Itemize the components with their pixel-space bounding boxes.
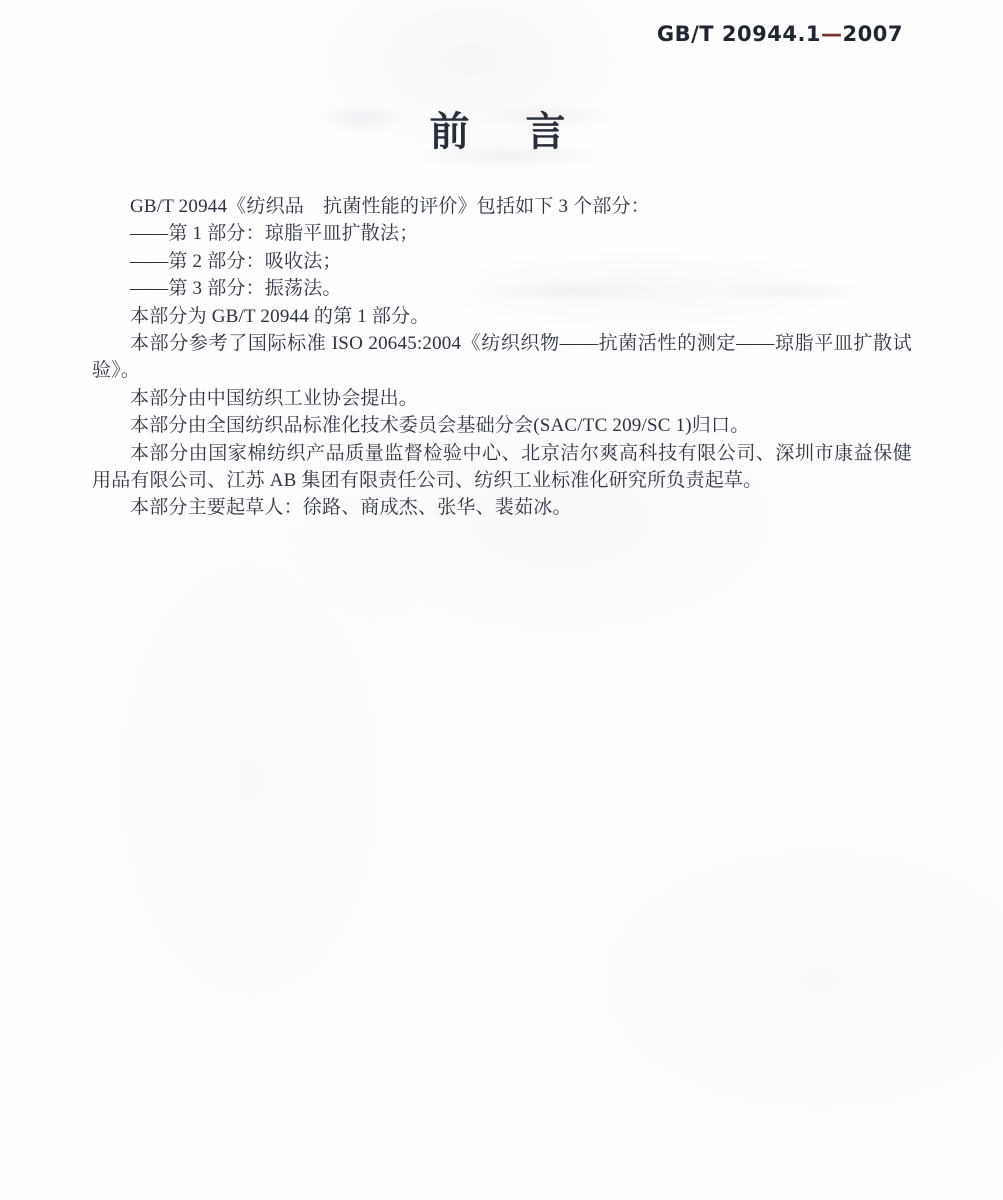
paragraph-committee: 本部分由全国纺织品标准化技术委员会基础分会(SAC/TC 209/SC 1)归口… — [92, 412, 912, 439]
page-title: 前 言 — [0, 100, 1003, 157]
paragraph-drafters: 本部分主要起草人：徐路、商成杰、张华、裴茹冰。 — [92, 494, 912, 521]
paragraph-scope: GB/T 20944《纺织品 抗菌性能的评价》包括如下 3 个部分： — [92, 193, 912, 220]
standard-number-code: GB/T 20944.1 — [657, 22, 821, 46]
standard-number-dash: — — [821, 22, 843, 46]
paragraph-this-part: 本部分为 GB/T 20944 的第 1 部分。 — [92, 303, 912, 330]
paragraph-part2: ——第 2 部分：吸收法； — [92, 248, 912, 275]
paragraph-iso-reference: 本部分参考了国际标准 ISO 20645:2004《纺织织物——抗菌活性的测定—… — [92, 330, 912, 385]
paragraph-part3: ——第 3 部分：振荡法。 — [92, 275, 912, 302]
paragraph-drafting-organizations: 本部分由国家棉纺织产品质量监督检验中心、北京洁尔爽高科技有限公司、深圳市康益保健… — [92, 440, 912, 495]
paragraph-proposed-by: 本部分由中国纺织工业协会提出。 — [92, 385, 912, 412]
paragraph-part1: ——第 1 部分：琼脂平皿扩散法； — [92, 220, 912, 247]
standard-number-year: 2007 — [843, 22, 903, 46]
foreword-body: GB/T 20944《纺织品 抗菌性能的评价》包括如下 3 个部分： ——第 1… — [92, 193, 912, 522]
document-page: GB/T 20944.1—2007 前 言 GB/T 20944《纺织品 抗菌性… — [0, 0, 1003, 1200]
standard-number: GB/T 20944.1—2007 — [657, 22, 903, 46]
